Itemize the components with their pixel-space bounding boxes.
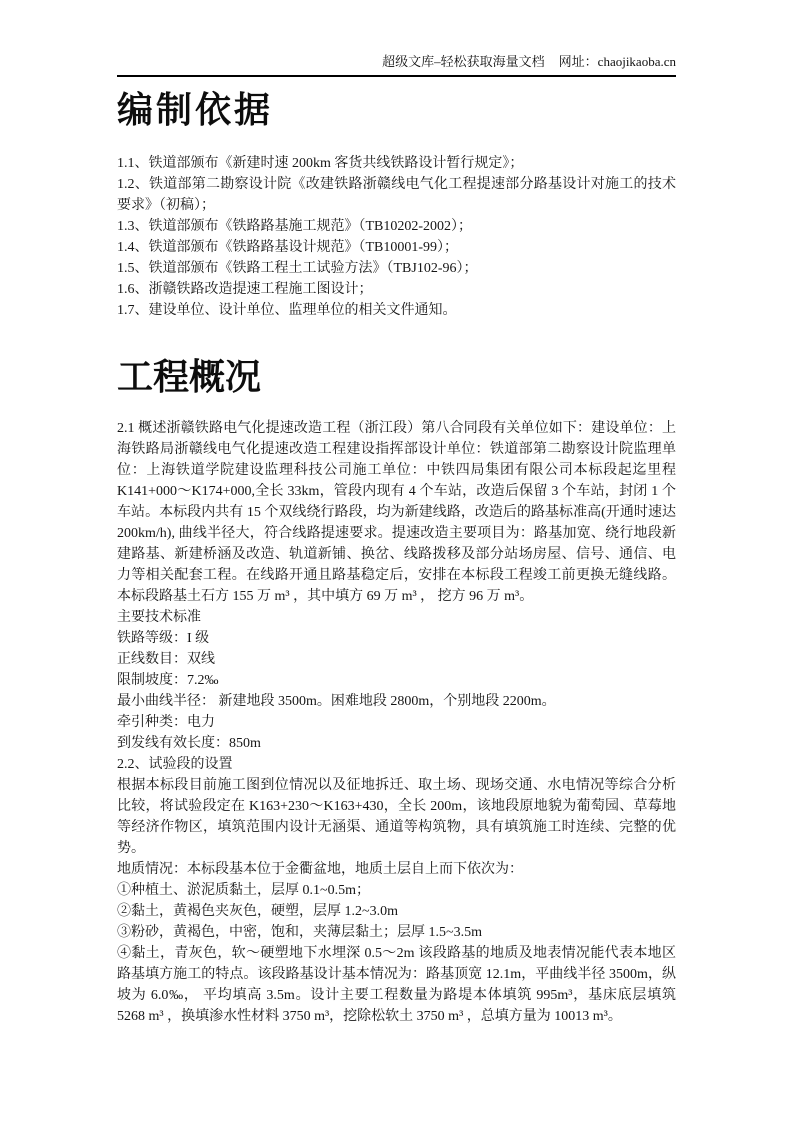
- header-site-tagline: 超级文库–轻松获取海量文档: [382, 54, 545, 69]
- header-site-url: 网址：chaojikaoba.cn: [559, 54, 676, 69]
- project-overview-title: 工程概况: [117, 359, 676, 395]
- soil-layer-3: ③粉砂，黄褐色，中密，饱和，夹薄层黏土；层厚 1.5~3.5m: [117, 922, 676, 943]
- soil-layer-1: ①种植土、淤泥质黏土，层厚 0.1~0.5m；: [117, 880, 676, 901]
- reference-item-1-2: 1.2、铁道部第二勘察设计院《改建铁路浙赣线电气化工程提速部分路基设计对施工的技…: [117, 174, 676, 216]
- document-page: 超级文库–轻松获取海量文档 网址：chaojikaoba.cn 编制依据 1.1…: [0, 0, 793, 1122]
- reference-item-1-5: 1.5、铁道部颁布《铁路工程土工试验方法》（TBJ102-96）；: [117, 258, 676, 279]
- test-section-heading: 2.2、试验段的设置: [117, 754, 676, 775]
- project-overview-paragraph: 2.1 概述浙赣铁路电气化提速改造工程（浙江段）第八合同段有关单位如下：建设单位…: [117, 418, 676, 607]
- soil-layer-2: ②黏土，黄褐色夹灰色，硬塑，层厚 1.2~3.0m: [117, 901, 676, 922]
- main-tech-standards-label: 主要技术标准: [117, 607, 676, 628]
- reference-item-1-4: 1.4、铁道部颁布《铁路路基设计规范》（TB10001-99）；: [117, 237, 676, 258]
- reference-item-1-6: 1.6、浙赣铁路改造提速工程施工图设计；: [117, 279, 676, 300]
- traction-type-line: 牵引种类：电力: [117, 712, 676, 733]
- min-curve-radius-line: 最小曲线半径： 新建地段 3500m。困难地段 2800m，个别地段 2200m…: [117, 691, 676, 712]
- mainline-count-line: 正线数目：双线: [117, 649, 676, 670]
- reference-item-1-1: 1.1、铁道部颁布《新建时速 200km 客货共线铁路设计暂行规定》；: [117, 153, 676, 174]
- reference-item-1-7: 1.7、建设单位、设计单位、监理单位的相关文件通知。: [117, 300, 676, 321]
- reference-item-1-3: 1.3、铁道部颁布《铁路路基施工规范》（TB10202-2002）；: [117, 216, 676, 237]
- limit-gradient-line: 限制坡度：7.2‰: [117, 670, 676, 691]
- test-section-paragraph: 根据本标段目前施工图到位情况以及征地拆迁、取土场、现场交通、水电情况等综合分析比…: [117, 775, 676, 859]
- effective-track-length-line: 到发线有效长度：850m: [117, 733, 676, 754]
- railway-grade-line: 铁路等级：I 级: [117, 628, 676, 649]
- geology-intro-line: 地质情况：本标段基本位于金衢盆地，地质土层自上而下依次为：: [117, 859, 676, 880]
- soil-layer-4: ④黏土，青灰色，软～硬塑地下水埋深 0.5～2m 该段路基的地质及地表情况能代表…: [117, 943, 676, 1027]
- compilation-basis-title: 编制依据: [117, 92, 676, 128]
- page-header: 超级文库–轻松获取海量文档 网址：chaojikaoba.cn: [117, 54, 676, 77]
